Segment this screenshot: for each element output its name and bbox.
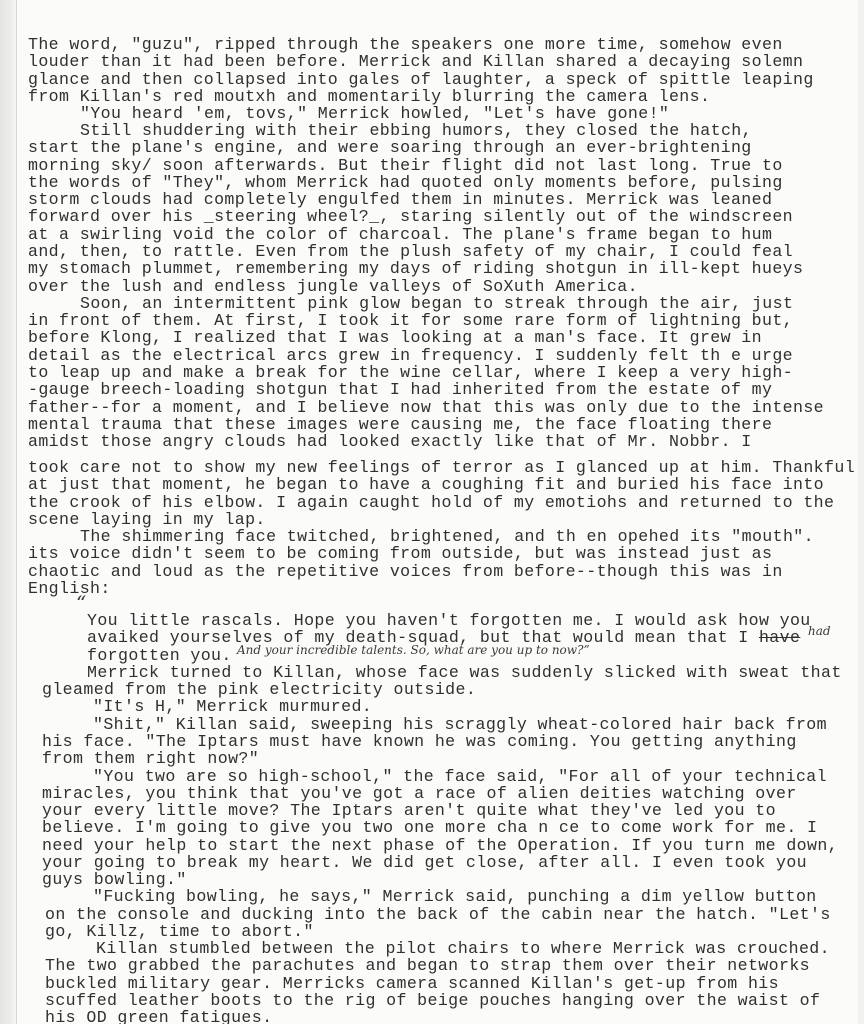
text-line: start the plane's engine, and were soari… <box>28 139 752 157</box>
text-line: at just that moment, he began to have a … <box>28 476 824 494</box>
text-line: forward over his _steering wheel?_, star… <box>28 208 793 226</box>
text-line: amidst those angry clouds had looked exa… <box>28 433 752 451</box>
handwritten-annotation: had <box>808 624 831 638</box>
text-line: -gauge breech-loading shotgun that I had… <box>28 381 772 399</box>
text-line: The two grabbed the parachutes and began… <box>45 957 810 975</box>
text-line: English: <box>28 580 111 598</box>
struck-word: have <box>759 628 800 647</box>
handwritten-annotation: And your incredible talents. So, what ar… <box>237 643 590 657</box>
text-line: believe. I'm going to give you two one m… <box>42 819 817 837</box>
text-line: "It's H," Merrick murmured. <box>93 698 372 716</box>
text-line: his OD green fatigues. <box>45 1009 272 1024</box>
text-line: its voice didn't seem to be coming from … <box>28 545 772 563</box>
text-line: from them right now?" <box>42 750 259 768</box>
text-line: my stomach plummet, remembering my days … <box>28 260 803 278</box>
text-line: chaotic and loud as the repetitive voice… <box>28 563 783 581</box>
text-line: louder than it had been before. Merrick … <box>28 53 803 71</box>
typewritten-page: The word, "guzu", ripped through the spe… <box>0 0 864 1024</box>
handwritten-annotation: “ <box>76 596 86 610</box>
text-line: before Klong, I realized that I was look… <box>28 329 762 347</box>
text-line: "Fucking bowling, he says," Merrick said… <box>93 888 817 906</box>
